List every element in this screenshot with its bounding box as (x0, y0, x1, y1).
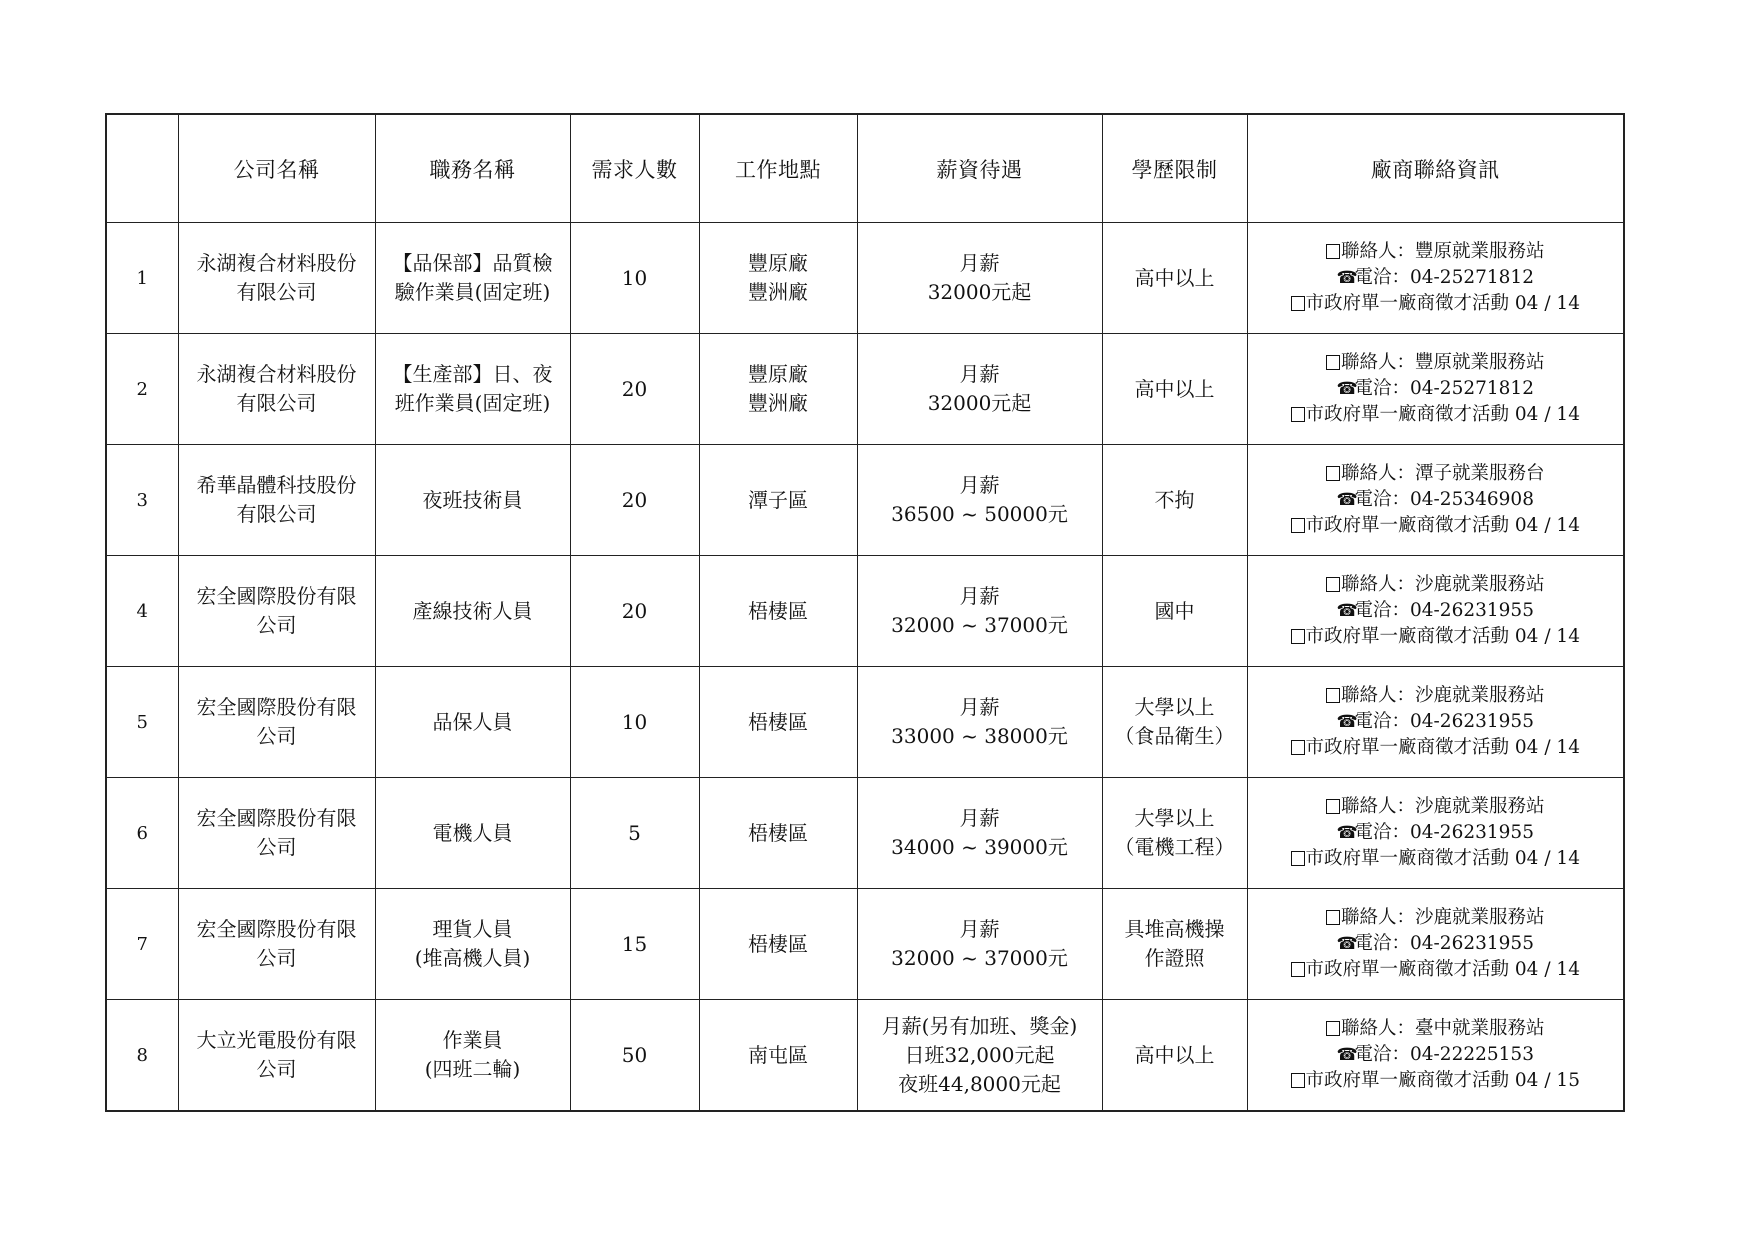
education-line: 高中以上 (1103, 264, 1247, 293)
row-index: 5 (106, 667, 178, 778)
contact-cell: 聯絡人：豐原就業服務站 ☎電洽：04-25271812 市政府單一廠商徵才活動 … (1247, 223, 1624, 334)
contact-cell: 聯絡人：沙鹿就業服務站 ☎電洽：04-26231955 市政府單一廠商徵才活動 … (1247, 556, 1624, 667)
row-index-text: 6 (137, 823, 148, 844)
location-cell: 潭子區 (699, 445, 857, 556)
header-location: 工作地點 (699, 114, 857, 223)
row-index: 4 (106, 556, 178, 667)
salary-line: 34000 ~ 39000元 (858, 833, 1102, 862)
company-line: 大立光電股份有限 (179, 1026, 375, 1055)
contact-phone-line: ☎電洽：04-26231955 (1248, 598, 1624, 624)
document-page: 公司名稱 職務名稱 需求人數 工作地點 薪資待遇 學歷限制 廠商聯絡資訊 1 永… (0, 0, 1755, 1241)
contact-event: 市政府單一廠商徵才活動 04 / 14 (1306, 737, 1580, 758)
telephone-icon: ☎ (1337, 598, 1354, 624)
telephone-icon: ☎ (1337, 487, 1354, 513)
telephone-icon: ☎ (1337, 265, 1354, 291)
contact-event: 市政府單一廠商徵才活動 04 / 14 (1306, 515, 1580, 536)
location-cell: 梧棲區 (699, 889, 857, 1000)
row-index-text: 7 (137, 934, 148, 955)
location-line: 梧棲區 (700, 819, 857, 848)
table-row: 5 宏全國際股份有限公司 品保人員 10 梧棲區 月薪33000 ~ 38000… (106, 667, 1624, 778)
education-line: 作證照 (1103, 944, 1247, 973)
contact-phone: 電洽：04-26231955 (1355, 822, 1534, 843)
position-cell: 【品保部】品質檢驗作業員(固定班) (375, 223, 570, 334)
contact-person-line: 聯絡人：豐原就業服務站 (1248, 350, 1624, 376)
company-cell: 大立光電股份有限公司 (178, 1000, 375, 1112)
company-line: 有限公司 (179, 278, 375, 307)
row-index-text: 8 (137, 1045, 148, 1066)
row-index-text: 4 (137, 601, 148, 622)
contact-phone: 電洽：04-26231955 (1355, 600, 1534, 621)
company-line: 公司 (179, 833, 375, 862)
company-line: 宏全國際股份有限 (179, 693, 375, 722)
position-line: 理貨人員 (376, 915, 570, 944)
checkbox-icon (1326, 910, 1340, 925)
contact-person: 聯絡人：沙鹿就業服務站 (1341, 574, 1545, 595)
contact-cell: 聯絡人：潭子就業服務台 ☎電洽：04-25346908 市政府單一廠商徵才活動 … (1247, 445, 1624, 556)
contact-phone-line: ☎電洽：04-26231955 (1248, 820, 1624, 846)
location-line: 梧棲區 (700, 930, 857, 959)
contact-event: 市政府單一廠商徵才活動 04 / 14 (1306, 293, 1580, 314)
contact-event: 市政府單一廠商徵才活動 04 / 14 (1306, 404, 1580, 425)
salary-line: 夜班44,8000元起 (858, 1070, 1102, 1099)
contact-event: 市政府單一廠商徵才活動 04 / 15 (1306, 1070, 1580, 1091)
telephone-icon: ☎ (1337, 931, 1354, 957)
position-line: 【生產部】日、夜 (376, 360, 570, 389)
checkbox-icon (1291, 1073, 1305, 1088)
row-index: 2 (106, 334, 178, 445)
header-education: 學歷限制 (1102, 114, 1247, 223)
contact-person: 聯絡人：臺中就業服務站 (1341, 1018, 1545, 1039)
company-cell: 宏全國際股份有限公司 (178, 889, 375, 1000)
company-line: 有限公司 (179, 389, 375, 418)
position-cell: 【生產部】日、夜班作業員(固定班) (375, 334, 570, 445)
salary-line: 月薪 (858, 249, 1102, 278)
company-line: 公司 (179, 944, 375, 973)
table-row: 4 宏全國際股份有限公司 產線技術人員 20 梧棲區 月薪32000 ~ 370… (106, 556, 1624, 667)
checkbox-icon (1291, 407, 1305, 422)
contact-person-line: 聯絡人：沙鹿就業服務站 (1248, 572, 1624, 598)
position-line: 品保人員 (376, 708, 570, 737)
contact-person: 聯絡人：豐原就業服務站 (1341, 241, 1545, 262)
checkbox-icon (1291, 296, 1305, 311)
table-row: 7 宏全國際股份有限公司 理貨人員(堆高機人員) 15 梧棲區 月薪32000 … (106, 889, 1624, 1000)
location-cell: 豐原廠豐洲廠 (699, 223, 857, 334)
location-line: 豐原廠 (700, 249, 857, 278)
education-line: 高中以上 (1103, 1041, 1247, 1070)
row-index: 7 (106, 889, 178, 1000)
salary-line: 月薪 (858, 804, 1102, 833)
contact-person-line: 聯絡人：臺中就業服務站 (1248, 1016, 1624, 1042)
salary-line: 月薪 (858, 471, 1102, 500)
location-line: 南屯區 (700, 1041, 857, 1070)
position-line: (堆高機人員) (376, 944, 570, 973)
salary-cell: 月薪36500 ~ 50000元 (857, 445, 1102, 556)
contact-person: 聯絡人：沙鹿就業服務站 (1341, 907, 1545, 928)
education-cell: 高中以上 (1102, 1000, 1247, 1112)
contact-person-line: 聯絡人：潭子就業服務台 (1248, 461, 1624, 487)
row-index-text: 2 (137, 379, 148, 400)
contact-phone: 電洽：04-25271812 (1355, 267, 1534, 288)
position-line: 班作業員(固定班) (376, 389, 570, 418)
headcount-value: 10 (622, 710, 647, 734)
contact-event: 市政府單一廠商徵才活動 04 / 14 (1306, 848, 1580, 869)
headcount-value: 20 (622, 377, 647, 401)
company-line: 公司 (179, 1055, 375, 1084)
salary-cell: 月薪(另有加班、獎金)日班32,000元起夜班44,8000元起 (857, 1000, 1102, 1112)
headcount-value: 5 (628, 821, 641, 845)
company-cell: 永湖複合材料股份有限公司 (178, 223, 375, 334)
headcount-value: 20 (622, 599, 647, 623)
contact-event-line: 市政府單一廠商徵才活動 04 / 15 (1248, 1068, 1624, 1094)
position-line: 夜班技術員 (376, 486, 570, 515)
contact-phone: 電洽：04-25346908 (1355, 489, 1534, 510)
table-row: 1 永湖複合材料股份有限公司 【品保部】品質檢驗作業員(固定班) 10 豐原廠豐… (106, 223, 1624, 334)
headcount-cell: 20 (570, 445, 699, 556)
contact-event-line: 市政府單一廠商徵才活動 04 / 14 (1248, 624, 1624, 650)
position-line: 產線技術人員 (376, 597, 570, 626)
education-cell: 不拘 (1102, 445, 1247, 556)
position-line: (四班二輪) (376, 1055, 570, 1084)
location-line: 豐原廠 (700, 360, 857, 389)
position-line: 驗作業員(固定班) (376, 278, 570, 307)
position-line: 作業員 (376, 1026, 570, 1055)
company-cell: 希華晶體科技股份有限公司 (178, 445, 375, 556)
salary-cell: 月薪32000 ~ 37000元 (857, 556, 1102, 667)
headcount-cell: 15 (570, 889, 699, 1000)
contact-phone-line: ☎電洽：04-25271812 (1248, 376, 1624, 402)
row-index: 1 (106, 223, 178, 334)
contact-cell: 聯絡人：臺中就業服務站 ☎電洽：04-22225153 市政府單一廠商徵才活動 … (1247, 1000, 1624, 1112)
headcount-value: 15 (622, 932, 647, 956)
telephone-icon: ☎ (1337, 376, 1354, 402)
contact-event-line: 市政府單一廠商徵才活動 04 / 14 (1248, 291, 1624, 317)
contact-phone: 電洽：04-25271812 (1355, 378, 1534, 399)
salary-line: 月薪 (858, 915, 1102, 944)
location-cell: 豐原廠豐洲廠 (699, 334, 857, 445)
company-line: 有限公司 (179, 500, 375, 529)
company-line: 公司 (179, 611, 375, 640)
checkbox-icon (1326, 355, 1340, 370)
telephone-icon: ☎ (1337, 1042, 1354, 1068)
company-cell: 宏全國際股份有限公司 (178, 778, 375, 889)
salary-line: 32000元起 (858, 389, 1102, 418)
company-line: 希華晶體科技股份 (179, 471, 375, 500)
contact-phone-line: ☎電洽：04-25346908 (1248, 487, 1624, 513)
contact-cell: 聯絡人：沙鹿就業服務站 ☎電洽：04-26231955 市政府單一廠商徵才活動 … (1247, 778, 1624, 889)
location-line: 梧棲區 (700, 597, 857, 626)
contact-event-line: 市政府單一廠商徵才活動 04 / 14 (1248, 846, 1624, 872)
header-position: 職務名稱 (375, 114, 570, 223)
education-line: （食品衛生） (1103, 722, 1247, 751)
location-cell: 南屯區 (699, 1000, 857, 1112)
contact-person-line: 聯絡人：沙鹿就業服務站 (1248, 683, 1624, 709)
checkbox-icon (1291, 629, 1305, 644)
education-cell: 具堆高機操作證照 (1102, 889, 1247, 1000)
checkbox-icon (1291, 740, 1305, 755)
checkbox-icon (1326, 466, 1340, 481)
company-line: 宏全國際股份有限 (179, 915, 375, 944)
headcount-cell: 50 (570, 1000, 699, 1112)
education-cell: 高中以上 (1102, 334, 1247, 445)
salary-line: 32000元起 (858, 278, 1102, 307)
contact-cell: 聯絡人：沙鹿就業服務站 ☎電洽：04-26231955 市政府單一廠商徵才活動 … (1247, 667, 1624, 778)
salary-line: 月薪 (858, 360, 1102, 389)
row-index-text: 5 (137, 712, 148, 733)
education-line: 具堆高機操 (1103, 915, 1247, 944)
header-index (106, 114, 178, 223)
position-cell: 品保人員 (375, 667, 570, 778)
position-line: 電機人員 (376, 819, 570, 848)
education-line: 不拘 (1103, 486, 1247, 515)
education-cell: 大學以上（電機工程） (1102, 778, 1247, 889)
company-cell: 宏全國際股份有限公司 (178, 667, 375, 778)
telephone-icon: ☎ (1337, 820, 1354, 846)
contact-event-line: 市政府單一廠商徵才活動 04 / 14 (1248, 513, 1624, 539)
header-company: 公司名稱 (178, 114, 375, 223)
education-line: 大學以上 (1103, 804, 1247, 833)
contact-phone-line: ☎電洽：04-22225153 (1248, 1042, 1624, 1068)
table-row: 8 大立光電股份有限公司 作業員(四班二輪) 50 南屯區 月薪(另有加班、獎金… (106, 1000, 1624, 1112)
position-cell: 電機人員 (375, 778, 570, 889)
salary-cell: 月薪32000元起 (857, 334, 1102, 445)
salary-cell: 月薪34000 ~ 39000元 (857, 778, 1102, 889)
row-index: 3 (106, 445, 178, 556)
headcount-cell: 5 (570, 778, 699, 889)
position-cell: 產線技術人員 (375, 556, 570, 667)
company-line: 宏全國際股份有限 (179, 582, 375, 611)
education-line: 大學以上 (1103, 693, 1247, 722)
company-line: 公司 (179, 722, 375, 751)
contact-phone: 電洽：04-26231955 (1355, 711, 1534, 732)
headcount-cell: 20 (570, 556, 699, 667)
salary-line: 32000 ~ 37000元 (858, 611, 1102, 640)
position-cell: 夜班技術員 (375, 445, 570, 556)
headcount-value: 50 (622, 1043, 647, 1067)
headcount-value: 10 (622, 266, 647, 290)
education-line: 國中 (1103, 597, 1247, 626)
table-row: 6 宏全國際股份有限公司 電機人員 5 梧棲區 月薪34000 ~ 39000元… (106, 778, 1624, 889)
salary-line: 36500 ~ 50000元 (858, 500, 1102, 529)
contact-person: 聯絡人：潭子就業服務台 (1341, 463, 1545, 484)
headcount-cell: 10 (570, 223, 699, 334)
education-cell: 高中以上 (1102, 223, 1247, 334)
education-line: （電機工程） (1103, 833, 1247, 862)
contact-event-line: 市政府單一廠商徵才活動 04 / 14 (1248, 735, 1624, 761)
salary-line: 月薪 (858, 693, 1102, 722)
location-cell: 梧棲區 (699, 556, 857, 667)
location-line: 梧棲區 (700, 708, 857, 737)
contact-event: 市政府單一廠商徵才活動 04 / 14 (1306, 959, 1580, 980)
headcount-value: 20 (622, 488, 647, 512)
row-index: 6 (106, 778, 178, 889)
headcount-cell: 10 (570, 667, 699, 778)
salary-cell: 月薪33000 ~ 38000元 (857, 667, 1102, 778)
telephone-icon: ☎ (1337, 709, 1354, 735)
contact-person-line: 聯絡人：沙鹿就業服務站 (1248, 905, 1624, 931)
position-cell: 作業員(四班二輪) (375, 1000, 570, 1112)
location-cell: 梧棲區 (699, 778, 857, 889)
company-line: 永湖複合材料股份 (179, 249, 375, 278)
checkbox-icon (1291, 518, 1305, 533)
contact-event-line: 市政府單一廠商徵才活動 04 / 14 (1248, 402, 1624, 428)
contact-cell: 聯絡人：豐原就業服務站 ☎電洽：04-25271812 市政府單一廠商徵才活動 … (1247, 334, 1624, 445)
contact-person: 聯絡人：沙鹿就業服務站 (1341, 796, 1545, 817)
checkbox-icon (1291, 962, 1305, 977)
education-cell: 國中 (1102, 556, 1247, 667)
company-line: 宏全國際股份有限 (179, 804, 375, 833)
checkbox-icon (1326, 688, 1340, 703)
header-contact: 廠商聯絡資訊 (1247, 114, 1624, 223)
salary-line: 32000 ~ 37000元 (858, 944, 1102, 973)
header-salary: 薪資待遇 (857, 114, 1102, 223)
salary-line: 33000 ~ 38000元 (858, 722, 1102, 751)
checkbox-icon (1326, 244, 1340, 259)
contact-cell: 聯絡人：沙鹿就業服務站 ☎電洽：04-26231955 市政府單一廠商徵才活動 … (1247, 889, 1624, 1000)
row-index-text: 1 (137, 268, 148, 289)
checkbox-icon (1291, 851, 1305, 866)
education-line: 高中以上 (1103, 375, 1247, 404)
header-headcount: 需求人數 (570, 114, 699, 223)
table-row: 2 永湖複合材料股份有限公司 【生產部】日、夜班作業員(固定班) 20 豐原廠豐… (106, 334, 1624, 445)
location-line: 潭子區 (700, 486, 857, 515)
contact-phone-line: ☎電洽：04-26231955 (1248, 709, 1624, 735)
salary-cell: 月薪32000元起 (857, 223, 1102, 334)
salary-line: 日班32,000元起 (858, 1041, 1102, 1070)
location-line: 豐洲廠 (700, 278, 857, 307)
contact-person-line: 聯絡人：沙鹿就業服務站 (1248, 794, 1624, 820)
salary-line: 月薪 (858, 582, 1102, 611)
checkbox-icon (1326, 1021, 1340, 1036)
salary-cell: 月薪32000 ~ 37000元 (857, 889, 1102, 1000)
position-line: 【品保部】品質檢 (376, 249, 570, 278)
checkbox-icon (1326, 799, 1340, 814)
job-listings-table: 公司名稱 職務名稱 需求人數 工作地點 薪資待遇 學歷限制 廠商聯絡資訊 1 永… (105, 113, 1625, 1112)
contact-person: 聯絡人：豐原就業服務站 (1341, 352, 1545, 373)
headcount-cell: 20 (570, 334, 699, 445)
contact-phone: 電洽：04-26231955 (1355, 933, 1534, 954)
education-cell: 大學以上（食品衛生） (1102, 667, 1247, 778)
contact-person: 聯絡人：沙鹿就業服務站 (1341, 685, 1545, 706)
location-cell: 梧棲區 (699, 667, 857, 778)
table-row: 3 希華晶體科技股份有限公司 夜班技術員 20 潭子區 月薪36500 ~ 50… (106, 445, 1624, 556)
contact-event-line: 市政府單一廠商徵才活動 04 / 14 (1248, 957, 1624, 983)
location-line: 豐洲廠 (700, 389, 857, 418)
contact-phone: 電洽：04-22225153 (1355, 1044, 1534, 1065)
row-index-text: 3 (137, 490, 148, 511)
checkbox-icon (1326, 577, 1340, 592)
contact-event: 市政府單一廠商徵才活動 04 / 14 (1306, 626, 1580, 647)
salary-line: 月薪(另有加班、獎金) (858, 1012, 1102, 1041)
contact-phone-line: ☎電洽：04-25271812 (1248, 265, 1624, 291)
row-index: 8 (106, 1000, 178, 1112)
contact-phone-line: ☎電洽：04-26231955 (1248, 931, 1624, 957)
contact-person-line: 聯絡人：豐原就業服務站 (1248, 239, 1624, 265)
company-line: 永湖複合材料股份 (179, 360, 375, 389)
table-header-row: 公司名稱 職務名稱 需求人數 工作地點 薪資待遇 學歷限制 廠商聯絡資訊 (106, 114, 1624, 223)
position-cell: 理貨人員(堆高機人員) (375, 889, 570, 1000)
company-cell: 永湖複合材料股份有限公司 (178, 334, 375, 445)
company-cell: 宏全國際股份有限公司 (178, 556, 375, 667)
